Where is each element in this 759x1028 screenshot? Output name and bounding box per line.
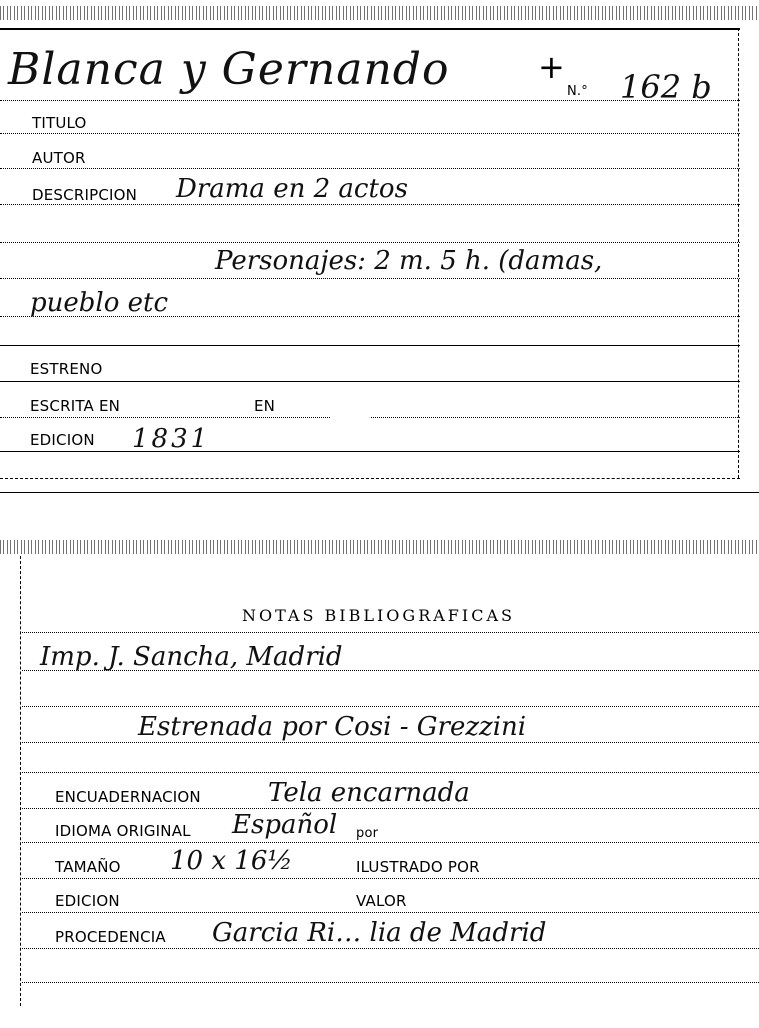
catalog-card-front: Blanca y Gernando + N.° 162 b TITULO AUT… [0, 20, 740, 490]
label-procedencia: PROCEDENCIA [55, 928, 166, 946]
value-idioma-original: Español [232, 810, 337, 840]
card-separator [0, 492, 759, 493]
note-line-1: Imp. J. Sancha, Madrid [40, 642, 343, 672]
cross-mark: + [538, 48, 565, 86]
value-edicion: 1831 [132, 424, 210, 454]
value-procedencia: Garcia Ri… lia de Madrid [212, 918, 546, 948]
value-encuadernacion: Tela encarnada [268, 778, 470, 808]
label-autor: AUTOR [32, 149, 86, 167]
value-personajes-line2: pueblo etc [30, 288, 168, 318]
label-edicion: EDICION [30, 431, 95, 449]
note-line-2: Estrenada por Cosi - Grezzini [138, 712, 526, 742]
label-tamano: TAMAÑO [55, 858, 121, 876]
card-top-border [0, 28, 740, 30]
label-titulo: TITULO [32, 114, 87, 132]
scan-noise-top [0, 6, 759, 20]
value-descripcion: Drama en 2 actos [176, 174, 408, 204]
label-en: EN [254, 397, 275, 415]
scan-blot [330, 400, 370, 440]
value-personajes-line1: Personajes: 2 m. 5 h. (damas, [215, 246, 602, 276]
label-escrita-en: ESCRITA EN [30, 397, 120, 415]
number-label: N.° [567, 84, 588, 99]
heading-notas-bibliograficas: NOTAS BIBLIOGRAFICAS [242, 606, 515, 625]
card-left-border [20, 556, 21, 1006]
catalog-card-back: NOTAS BIBLIOGRAFICAS Imp. J. Sancha, Mad… [0, 556, 759, 1026]
title-handwritten: Blanca y Gernando [8, 44, 449, 95]
scan-noise-middle [0, 540, 759, 554]
label-idioma-original: IDIOMA ORIGINAL [55, 822, 191, 840]
label-descripcion: DESCRIPCION [32, 186, 137, 204]
label-ilustrado-por: ILUSTRADO POR [356, 858, 480, 876]
label-estreno: ESTRENO [30, 360, 103, 378]
label-edicion-back: EDICION [55, 892, 120, 910]
label-por: por [356, 826, 378, 841]
label-encuadernacion: ENCUADERNACION [55, 788, 201, 806]
value-tamano: 10 x 16½ [170, 846, 293, 876]
label-valor: VALOR [356, 892, 407, 910]
card-right-border [738, 28, 739, 478]
